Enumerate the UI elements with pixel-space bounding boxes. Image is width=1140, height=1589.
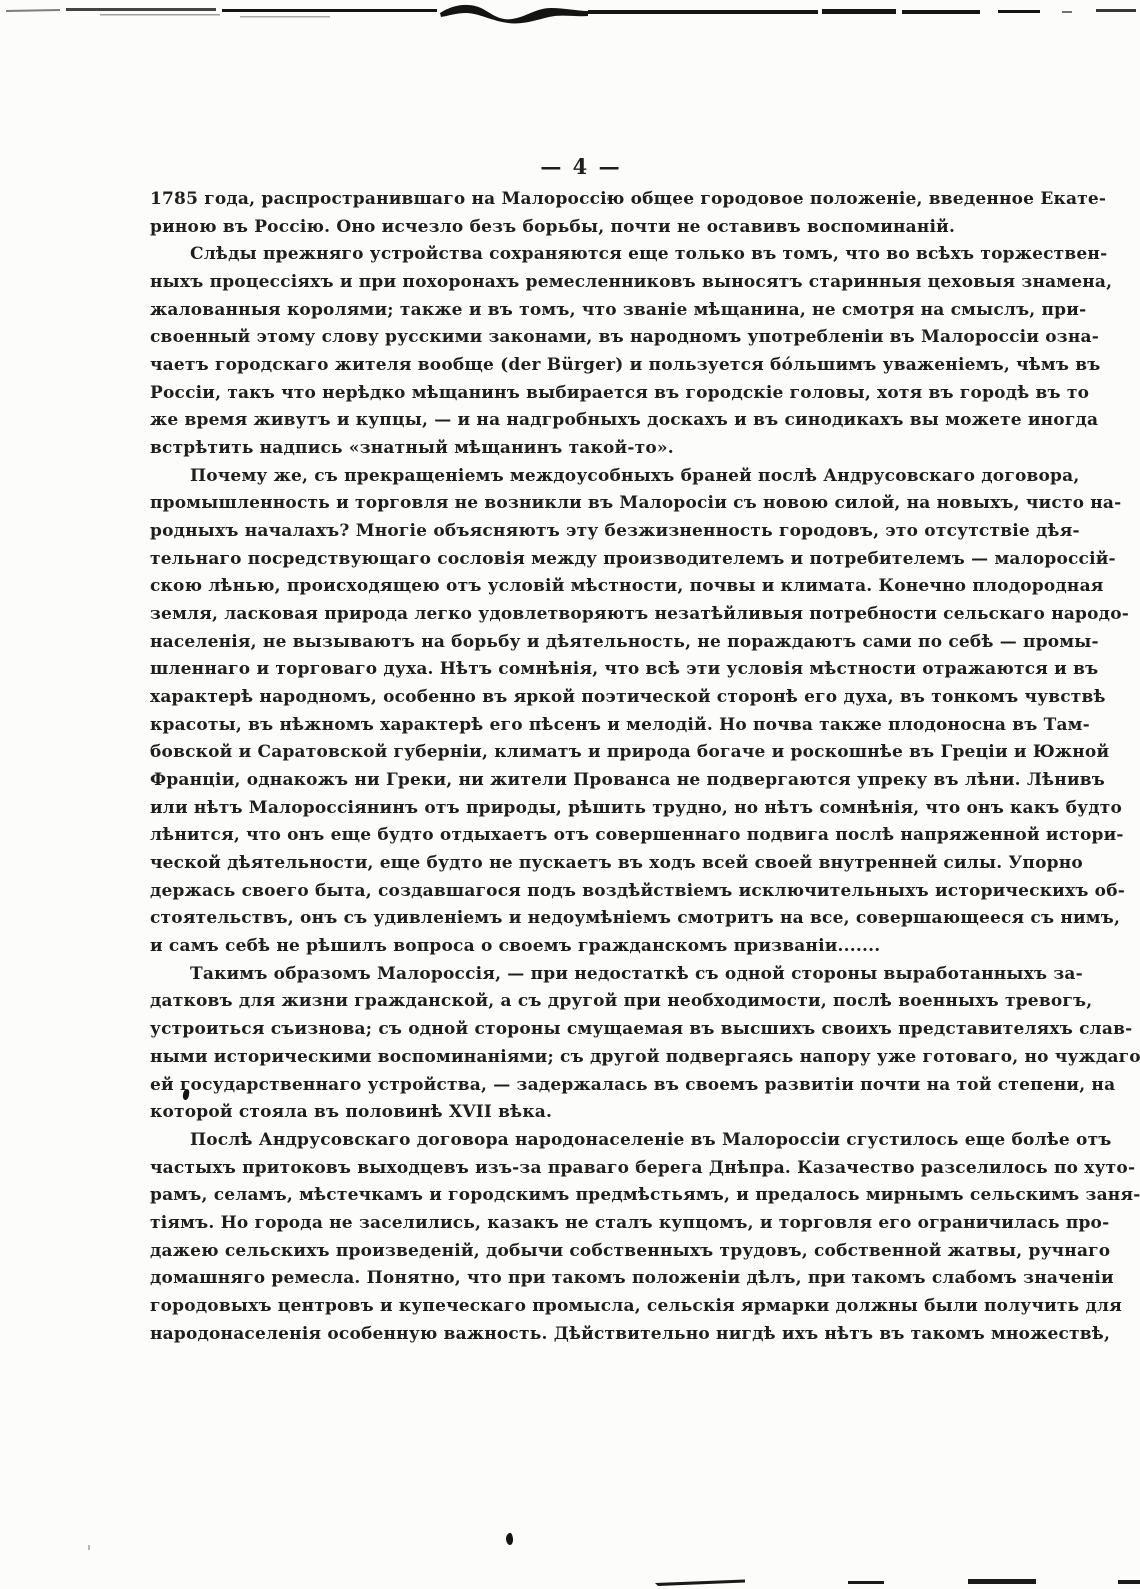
text-line: ными историческими воспоминаніями; съ др… bbox=[150, 1044, 1012, 1072]
text-line: промышленность и торговля не возникли въ… bbox=[150, 490, 1012, 518]
text-line: своенный этому слову русскими законами, … bbox=[150, 324, 1012, 352]
text-line: риною въ Россію. Оно исчезло безъ борьбы… bbox=[150, 214, 1012, 242]
text-line: которой стояла въ половинѣ XVII вѣка. bbox=[150, 1099, 1012, 1127]
text-line: датковъ для жизни гражданской, а съ друг… bbox=[150, 988, 1012, 1016]
text-line: шленнаго и торговаго духа. Нѣтъ сомнѣнія… bbox=[150, 656, 1012, 684]
scan-artifact-bottom-edge bbox=[0, 1573, 1140, 1589]
text-line: бовской и Саратовской губерніи, климатъ … bbox=[150, 739, 1012, 767]
text-line: и самъ себѣ не рѣшилъ вопроса о своемъ г… bbox=[150, 933, 1012, 961]
paragraph-continuation: 1785 года, распространившаго на Малоросс… bbox=[150, 186, 1012, 241]
ink-streaks-bottom bbox=[655, 1579, 1140, 1586]
text-line: устроиться съизнова; съ одной стороны см… bbox=[150, 1016, 1012, 1044]
text-line: Послѣ Андрусовскаго договора народонасел… bbox=[150, 1127, 1012, 1155]
text-line: же время живутъ и купцы, — и на надгробн… bbox=[150, 407, 1012, 435]
paragraph-why-no-trade: Почему же, съ прекращеніемъ междоусобных… bbox=[150, 463, 1012, 961]
ink-dot-artifact bbox=[505, 1533, 513, 1546]
text-line: чаетъ городскаго жителя вообще (der Bürg… bbox=[150, 352, 1012, 380]
text-block: 1785 года, распространившаго на Малоросс… bbox=[150, 186, 1012, 1348]
paragraph-guild-traces: Слѣды прежняго устройства сохраняются ещ… bbox=[150, 241, 1012, 462]
text-line: скою лѣнью, происходящею отъ условій мѣс… bbox=[150, 573, 1012, 601]
text-line: Почему же, съ прекращеніемъ междоусобных… bbox=[150, 463, 1012, 491]
text-line: рамъ, селамъ, мѣстечкамъ и городскимъ пр… bbox=[150, 1182, 1012, 1210]
text-line: Такимъ образомъ Малороссія, — при недост… bbox=[150, 961, 1012, 989]
scan-artifact-top-edge bbox=[0, 0, 1140, 34]
ink-streaks-top bbox=[6, 5, 1136, 24]
text-line: тіямъ. Но города не заселились, казакъ н… bbox=[150, 1210, 1012, 1238]
text-line: характерѣ народномъ, особенно въ яркой п… bbox=[150, 684, 1012, 712]
text-line: Слѣды прежняго устройства сохраняются ещ… bbox=[150, 241, 1012, 269]
text-line: ческой дѣятельности, еще будто не пускае… bbox=[150, 850, 1012, 878]
text-line: родныхъ началахъ? Многіе объясняютъ эту … bbox=[150, 518, 1012, 546]
paragraph-thus-malorossia: Такимъ образомъ Малороссія, — при недост… bbox=[150, 961, 1012, 1127]
book-page-scan: — 4 — 1785 года, распространившаго на Ма… bbox=[0, 0, 1140, 1589]
text-line: стоятельствъ, онъ съ удивленіемъ и недоу… bbox=[150, 905, 1012, 933]
text-line: или нѣтъ Малороссіянинъ отъ природы, рѣш… bbox=[150, 795, 1012, 823]
text-line: тельнаго посредствующаго сословія между … bbox=[150, 546, 1012, 574]
text-line: народонаселенія особенную важность. Дѣйс… bbox=[150, 1321, 1012, 1349]
text-line: частыхъ притоковъ выходцевъ изъ-за права… bbox=[150, 1155, 1012, 1183]
speck-artifact bbox=[88, 1545, 90, 1550]
text-line: дажею сельскихъ произведеній, добычи соб… bbox=[150, 1238, 1012, 1266]
text-line: населенія, не вызываютъ на борьбу и дѣят… bbox=[150, 629, 1012, 657]
paragraph-after-andrusovo: Послѣ Андрусовскаго договора народонасел… bbox=[150, 1127, 1012, 1348]
text-line: держась своего быта, создавшагося подъ в… bbox=[150, 878, 1012, 906]
text-line: домашняго ремесла. Понятно, что при тако… bbox=[150, 1265, 1012, 1293]
text-line: земля, ласковая природа легко удовлетвор… bbox=[150, 601, 1012, 629]
text-line: лѣнится, что онъ еще будто отдыхаетъ отъ… bbox=[150, 822, 1012, 850]
text-line: Франціи, однакожъ ни Греки, ни жители Пр… bbox=[150, 767, 1012, 795]
text-line: жалованныя королями; также и въ томъ, чт… bbox=[150, 297, 1012, 325]
text-line: ей государственнаго устройства, — задерж… bbox=[150, 1072, 1012, 1100]
text-line: Россіи, такъ что нерѣдко мѣщанинъ выбира… bbox=[150, 380, 1012, 408]
text-line: городовыхъ центровъ и купеческаго промыс… bbox=[150, 1293, 1012, 1321]
page-number: — 4 — bbox=[150, 154, 1012, 179]
text-line: красоты, въ нѣжномъ характерѣ его пѣсенъ… bbox=[150, 712, 1012, 740]
text-line: ныхъ процессіяхъ и при похоронахъ ремесл… bbox=[150, 269, 1012, 297]
text-line: 1785 года, распространившаго на Малоросс… bbox=[150, 186, 1012, 214]
text-line: встрѣтить надпись «знатный мѣщанинъ тако… bbox=[150, 435, 1012, 463]
